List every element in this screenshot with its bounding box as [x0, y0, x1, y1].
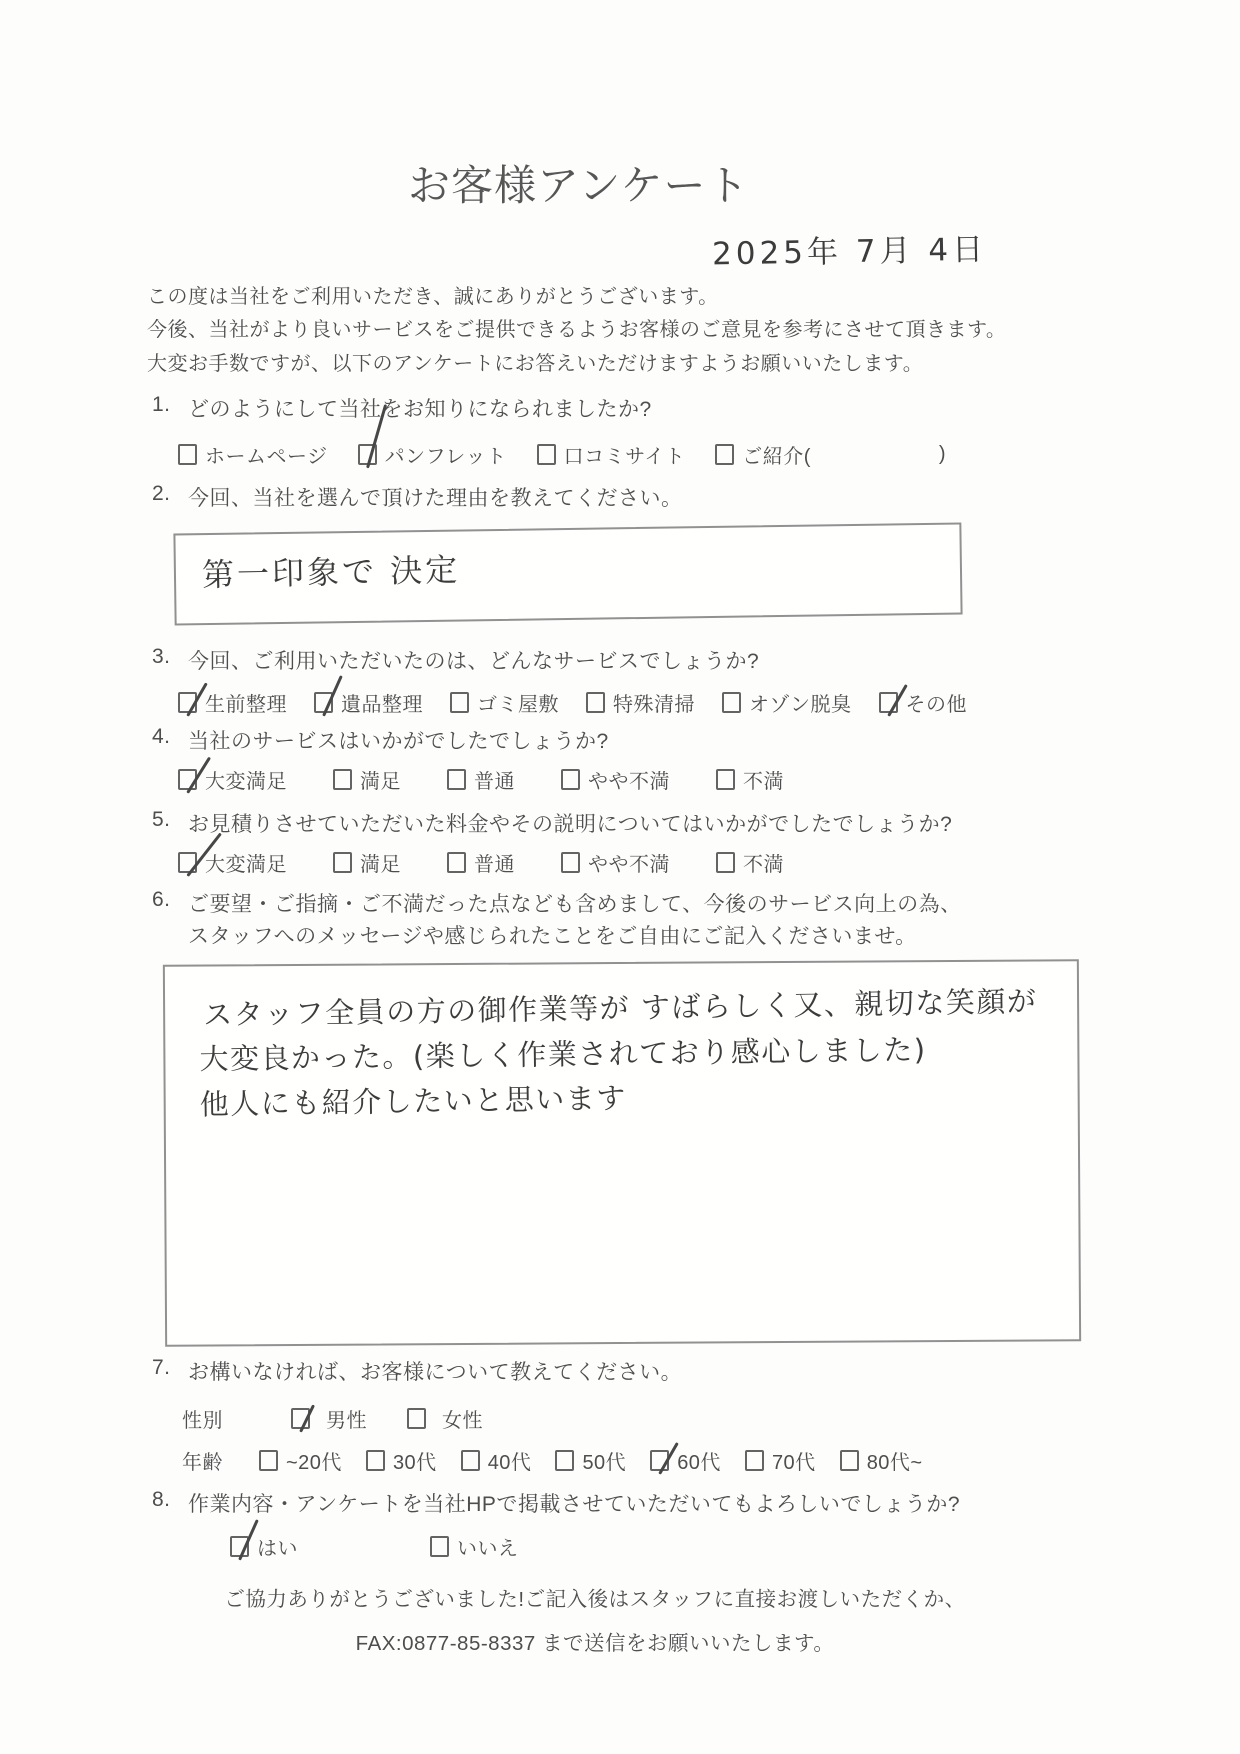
gender-row: 性別 男性 女性 [182, 1404, 483, 1433]
checkmark-icon [658, 1442, 679, 1475]
question-6-number: 6. [152, 888, 188, 918]
option-label: パンフレット [385, 440, 507, 469]
checkbox-other[interactable] [879, 692, 898, 713]
option-label: 70代 [772, 1446, 816, 1475]
option-label: オゾン脱臭 [749, 688, 852, 717]
q6-answer-box[interactable]: スタッフ全員の方の御作業等が すばらしく又、親切な笑顔が 大変良かった。(楽しく… [163, 959, 1081, 1347]
question-3-options: 生前整理 遺品整理 ゴミ屋敷 特殊清掃 オゾン脱臭 その他 [178, 688, 967, 717]
checkbox-slightly-dissatisfied[interactable] [561, 852, 580, 873]
option-label: ご紹介( [742, 440, 811, 469]
page-title: お客様アンケート [408, 153, 749, 213]
q1-option-pamphlet[interactable]: パンフレット [358, 440, 507, 469]
option-label: 遺品整理 [341, 688, 423, 717]
question-8-number: 8. [152, 1488, 188, 1518]
checkbox-age-70s[interactable] [745, 1450, 764, 1471]
q5-option-satisfied[interactable]: 満足 [333, 848, 401, 877]
question-2-heading: 2. 今回、当社を選んで頂けた理由を教えてください。 [152, 482, 683, 512]
checkbox-referral[interactable] [715, 444, 734, 465]
q7-option-age-50s[interactable]: 50代 [555, 1446, 626, 1475]
option-label: 普通 [474, 848, 515, 877]
checkbox-satisfied[interactable] [333, 852, 352, 873]
option-label: その他 [906, 688, 968, 717]
option-label: 不満 [743, 765, 784, 794]
q5-option-normal[interactable]: 普通 [447, 848, 515, 877]
q7-option-age-80s[interactable]: 80代~ [840, 1446, 923, 1475]
question-6-heading-line2: スタッフへのメッセージや感じられたことをご自由にご記入くださいませ。 [188, 920, 917, 950]
checkmark-icon [299, 1404, 315, 1432]
gender-label: 性別 [182, 1404, 223, 1433]
option-label: 満足 [360, 848, 401, 877]
question-8-heading: 8. 作業内容・アンケートを当社HPで掲載させていただいてもよろしいでしょうか? [152, 1488, 960, 1518]
checkbox-male[interactable] [291, 1408, 310, 1429]
option-label: 50代 [582, 1446, 626, 1475]
q4-option-dissatisfied[interactable]: 不満 [716, 765, 784, 794]
checkbox-ihin-seiri[interactable] [314, 692, 333, 713]
option-label: 生前整理 [205, 688, 287, 717]
checkbox-dissatisfied[interactable] [716, 769, 735, 790]
q7-option-age-70s[interactable]: 70代 [745, 1446, 816, 1475]
checkbox-age-80s[interactable] [840, 1450, 859, 1471]
option-label: 口コミサイト [564, 440, 686, 469]
option-label: 60代 [677, 1446, 721, 1475]
question-6-text-line2: スタッフへのメッセージや感じられたことをご自由にご記入くださいませ。 [188, 920, 917, 950]
q8-option-no[interactable]: いいえ [430, 1532, 519, 1561]
q5-option-slightly-dissatisfied[interactable]: やや不満 [561, 848, 670, 877]
q1-option-homepage[interactable]: ホームページ [178, 440, 328, 469]
footer-fax-line: FAX:0877-85-8337 まで送信をお願いいたします。 [25, 1626, 1165, 1656]
q5-option-dissatisfied[interactable]: 不満 [716, 848, 784, 877]
question-4-heading: 4. 当社のサービスはいかがでしたでしょうか? [152, 725, 609, 755]
option-label: ~20代 [286, 1446, 342, 1475]
q6-handwritten-line3: 他人にも紹介したいと思います [199, 1076, 627, 1123]
checkbox-yes[interactable] [230, 1536, 249, 1557]
question-7-number: 7. [152, 1356, 188, 1386]
intro-line-1: この度は当社をご利用いただき、誠にありがとうございます。 [147, 280, 719, 309]
option-label: 満足 [360, 765, 401, 794]
q4-option-satisfied[interactable]: 満足 [333, 765, 401, 794]
option-label: はい [257, 1532, 298, 1561]
checkmark-icon [238, 1519, 259, 1560]
question-7-text: お構いなければ、お客様について教えてください。 [188, 1356, 682, 1386]
age-label: 年齢 [182, 1446, 223, 1475]
intro-line-2: 今後、当社がより良いサービスをご提供できるようお客様のご意見を参考にさせて頂きま… [147, 313, 1006, 342]
option-label: 大変満足 [205, 848, 287, 877]
checkbox-dissatisfied[interactable] [716, 852, 735, 873]
question-2-number: 2. [152, 482, 188, 512]
checkbox-age-30s[interactable] [366, 1450, 385, 1471]
checkmark-icon [322, 675, 343, 716]
q5-option-very-satisfied[interactable]: 大変満足 [178, 848, 287, 877]
question-4-number: 4. [152, 725, 188, 755]
q3-option-ihin-seiri[interactable]: 遺品整理 [314, 688, 423, 717]
checkbox-pamphlet[interactable] [358, 444, 377, 465]
question-4-text: 当社のサービスはいかがでしたでしょうか? [188, 725, 609, 755]
q4-option-slightly-dissatisfied[interactable]: やや不満 [561, 765, 670, 794]
option-label: やや不満 [588, 765, 670, 794]
question-2-text: 今回、当社を選んで頂けた理由を教えてください。 [188, 482, 683, 512]
checkbox-seizen-seiri[interactable] [178, 692, 197, 713]
checkbox-very-satisfied[interactable] [178, 852, 197, 873]
question-5-number: 5. [152, 808, 188, 838]
q7-option-age-20s[interactable]: ~20代 [259, 1446, 342, 1475]
checkbox-normal[interactable] [447, 769, 466, 790]
q6-handwritten-line2: 大変良かった。(楽しく作業されており感心しました) [199, 1028, 927, 1079]
q2-handwritten-answer: 第一印象で 決定 [201, 545, 460, 596]
question-5-text: お見積りさせていただいた料金やその説明についてはいかがでしたでしょうか? [188, 808, 952, 838]
option-label: 特殊清掃 [613, 688, 695, 717]
footer-thanks-line: ご協力ありがとうございました!ご記入後はスタッフに直接お渡しいただくか、 [25, 1582, 1165, 1612]
checkbox-age-20s[interactable] [259, 1450, 278, 1471]
checkbox-no[interactable] [430, 1536, 449, 1557]
question-5-heading: 5. お見積りさせていただいた料金やその説明についてはいかがでしたでしょうか? [152, 808, 952, 838]
checkbox-ozone[interactable] [722, 692, 741, 713]
referral-paren-close: ) [939, 443, 946, 466]
checkmark-icon [887, 684, 908, 717]
option-label: いいえ [457, 1532, 519, 1561]
question-4-options: 大変満足 満足 普通 やや不満 不満 [178, 765, 784, 794]
checkbox-satisfied[interactable] [333, 769, 352, 790]
q2-answer-box[interactable]: 第一印象で 決定 [173, 523, 962, 626]
question-1-heading: 1. どのようにして当社をお知りになられましたか? [152, 393, 652, 423]
question-1-text: どのようにして当社をお知りになられましたか? [188, 393, 652, 423]
option-label: 30代 [393, 1446, 437, 1475]
question-8-text: 作業内容・アンケートを当社HPで掲載させていただいてもよろしいでしょうか? [188, 1488, 960, 1518]
option-label: 普通 [474, 765, 515, 794]
checkbox-age-60s[interactable] [650, 1450, 669, 1471]
question-1-options: ホームページ パンフレット 口コミサイト ご紹介( ) [178, 440, 946, 469]
option-label: やや不満 [588, 848, 670, 877]
q7-option-age-30s[interactable]: 30代 [366, 1446, 437, 1475]
checkbox-very-satisfied[interactable] [178, 769, 197, 790]
handwritten-date: 2025年 7月 4日 [712, 224, 988, 274]
intro-line-3: 大変お手数ですが、以下のアンケートにお答えいただけますようお願いいたします。 [147, 347, 923, 376]
q7-option-male[interactable]: 男性 [291, 1404, 367, 1433]
option-label: 女性 [442, 1404, 483, 1433]
checkbox-slightly-dissatisfied[interactable] [561, 769, 580, 790]
option-label: 80代~ [867, 1446, 923, 1475]
q3-option-other[interactable]: その他 [879, 688, 968, 717]
checkbox-female[interactable] [407, 1408, 426, 1429]
q7-option-age-40s[interactable]: 40代 [461, 1446, 532, 1475]
checkbox-tokushu-seisou[interactable] [586, 692, 605, 713]
q4-option-normal[interactable]: 普通 [447, 765, 515, 794]
scanned-survey-sheet: お客様アンケート 2025年 7月 4日 この度は当社をご利用いただき、誠にあり… [0, 0, 1240, 1754]
checkbox-gomi-yashiki[interactable] [450, 692, 469, 713]
question-8-options: はい いいえ [230, 1532, 519, 1561]
q3-option-seizen-seiri[interactable]: 生前整理 [178, 688, 287, 717]
question-3-heading: 3. 今回、ご利用いただいたのは、どんなサービスでしょうか? [152, 645, 759, 675]
q4-option-very-satisfied[interactable]: 大変満足 [178, 765, 287, 794]
q1-option-review-site[interactable]: 口コミサイト [537, 440, 686, 469]
checkbox-normal[interactable] [447, 852, 466, 873]
option-label: 不満 [743, 848, 784, 877]
option-label: ゴミ屋敷 [477, 688, 559, 717]
question-3-number: 3. [152, 645, 188, 675]
q3-option-tokushu-seisou[interactable]: 特殊清掃 [586, 688, 695, 717]
q7-option-female[interactable]: 女性 [407, 1404, 483, 1433]
question-3-text: 今回、ご利用いただいたのは、どんなサービスでしょうか? [188, 645, 759, 675]
option-label: 男性 [326, 1404, 367, 1433]
option-label: 40代 [488, 1446, 532, 1475]
q1-option-referral[interactable]: ご紹介( ) [715, 440, 946, 469]
q6-handwritten-line1: スタッフ全員の方の御作業等が すばらしく又、親切な笑顔が [203, 979, 1038, 1034]
q7-option-age-60s[interactable]: 60代 [650, 1446, 721, 1475]
q8-option-yes[interactable]: はい [230, 1532, 298, 1561]
question-6-text-line1: ご要望・ご指摘・ご不満だった点なども含めまして、今後のサービス向上の為、 [188, 888, 962, 918]
q3-option-gomi-yashiki[interactable]: ゴミ屋敷 [450, 688, 559, 717]
checkbox-homepage[interactable] [178, 444, 197, 465]
question-5-options: 大変満足 満足 普通 やや不満 不満 [178, 848, 784, 877]
age-row: 年齢 ~20代 30代 40代 50代 60代 70代 80代~ [182, 1446, 923, 1475]
question-1-number: 1. [152, 393, 188, 423]
checkbox-age-40s[interactable] [461, 1450, 480, 1471]
question-6-heading: 6. ご要望・ご指摘・ご不満だった点なども含めまして、今後のサービス向上の為、 [152, 888, 962, 918]
q3-option-ozone[interactable]: オゾン脱臭 [722, 688, 852, 717]
checkbox-age-50s[interactable] [555, 1450, 574, 1471]
checkbox-review-site[interactable] [537, 444, 556, 465]
option-label: ホームページ [205, 440, 328, 469]
question-7-heading: 7. お構いなければ、お客様について教えてください。 [152, 1356, 682, 1386]
option-label: 大変満足 [205, 765, 287, 794]
